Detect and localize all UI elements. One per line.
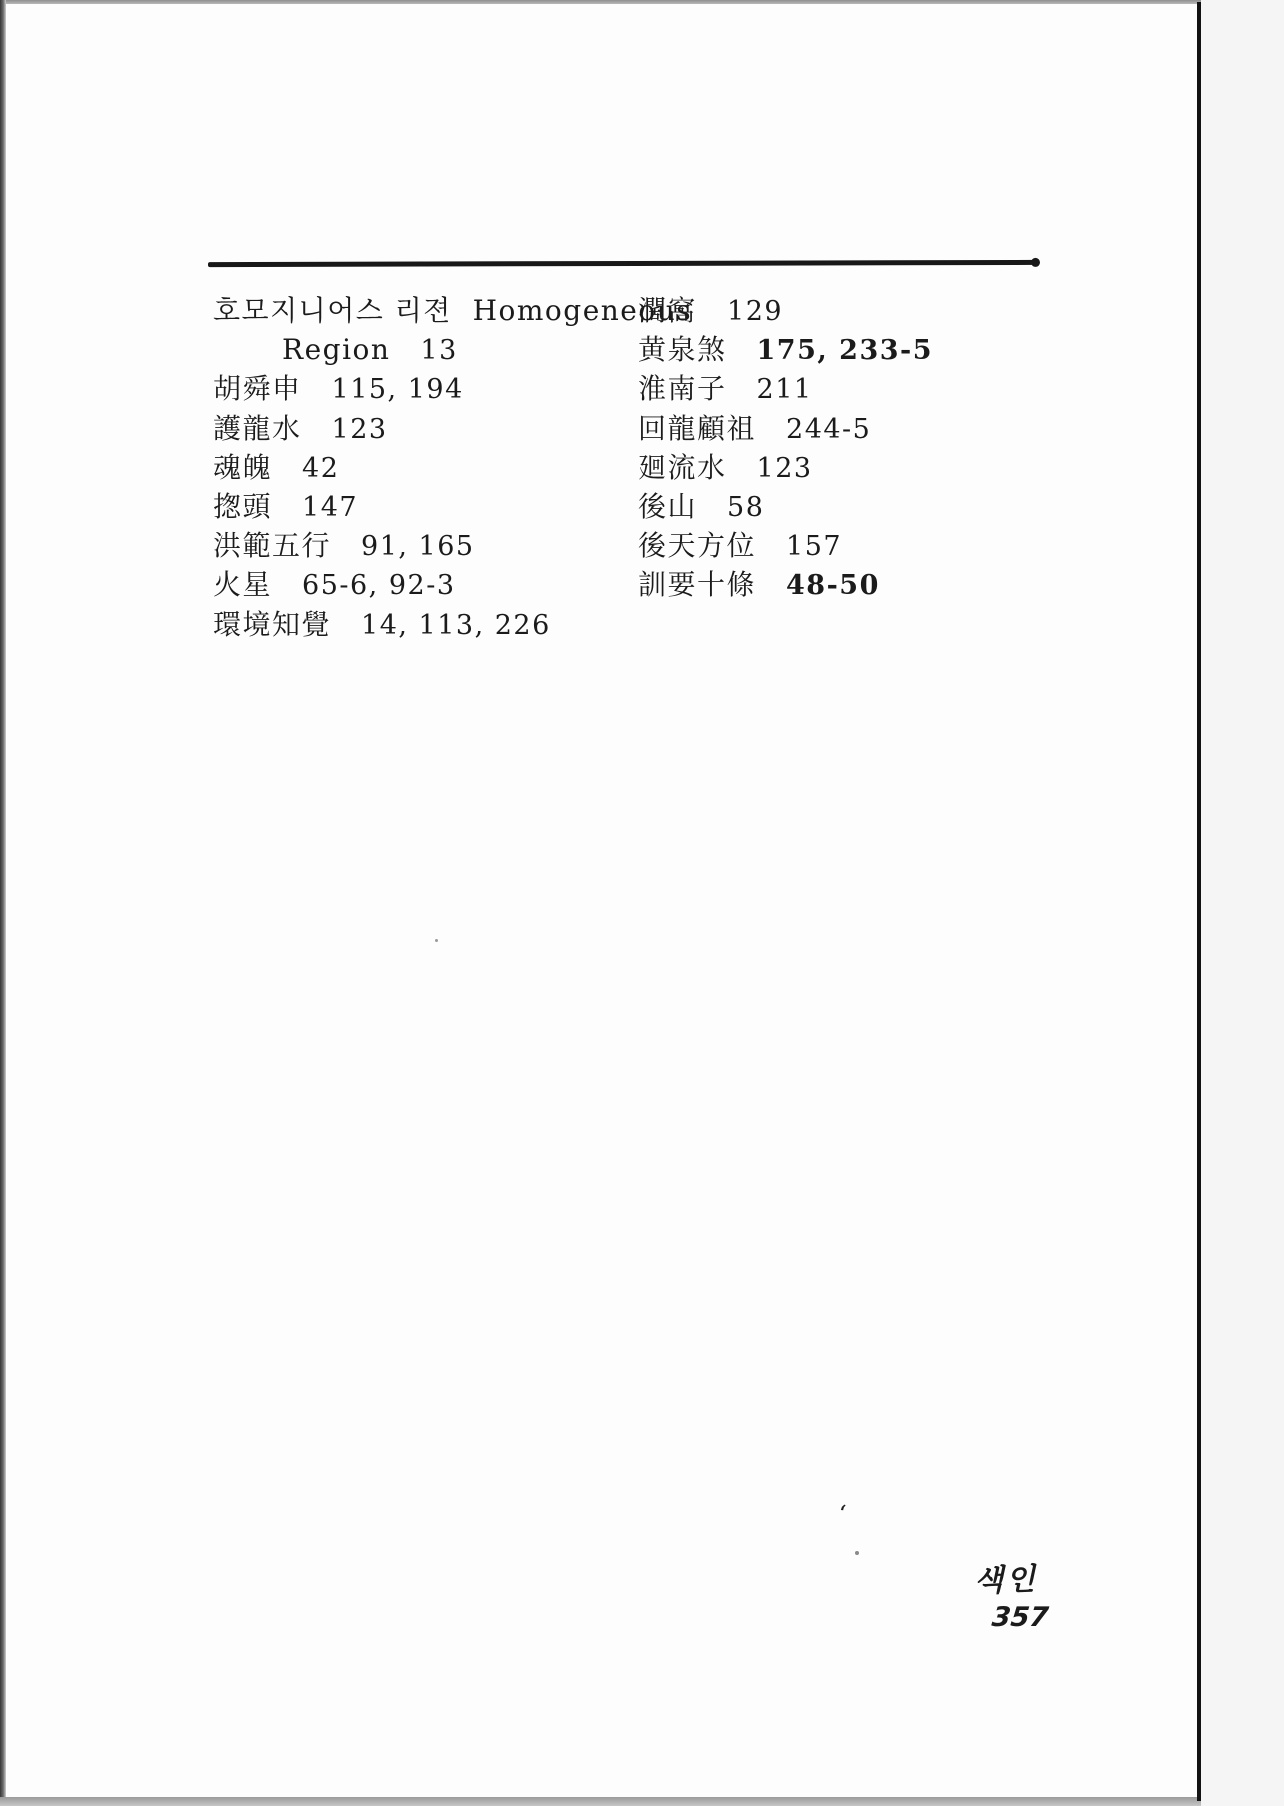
- entry-term: 揔頭: [213, 487, 272, 526]
- entry-locator: 123: [332, 410, 388, 449]
- index-entry: 濶窩 129: [638, 291, 1078, 330]
- entry-term: 後山: [638, 487, 697, 526]
- scan-edge-left: [0, 0, 6, 1806]
- entry-term: 訓要十條: [638, 565, 756, 604]
- scan-edge-top: [0, 0, 1203, 4]
- entry-locator: 115, 194: [332, 370, 464, 409]
- footer-section-label: 색인: [973, 1554, 1038, 1600]
- index-entry: 淮南子 211: [638, 369, 1078, 408]
- index-column-right: 濶窩 129 黄泉煞 175, 233-5 淮南子 211 回龍顧祖 244-5…: [638, 291, 1078, 605]
- page-number: 357: [991, 1602, 1051, 1633]
- entry-term: 淮南子: [638, 369, 727, 408]
- entry-term: 廻流水: [638, 448, 727, 487]
- entry-term: 環境知覺: [213, 605, 331, 644]
- index-entry: 回龍顧祖 244-5: [638, 409, 1078, 448]
- index-entry: 後山 58: [638, 487, 1078, 526]
- scan-speck-dot: [435, 939, 438, 942]
- entry-term: 濶窩: [638, 291, 697, 330]
- entry-locator: 175, 233-5: [757, 331, 934, 370]
- index-entry: 호모지니어스 리젼 Homogeneous: [213, 291, 653, 330]
- entry-locator: 91, 165: [361, 527, 475, 566]
- entry-locator: 14, 113, 226: [361, 606, 551, 645]
- entry-locator: 244-5: [786, 410, 871, 449]
- entry-locator: 157: [786, 527, 842, 566]
- index-entry: 護龍水 123: [213, 409, 653, 448]
- entry-term: 火星: [213, 565, 272, 604]
- entry-term: 洪範五行: [213, 526, 331, 565]
- header-rule: [208, 260, 1038, 267]
- entry-locator: 13: [420, 331, 457, 370]
- entry-locator: 129: [727, 292, 783, 331]
- entry-term: 黄泉煞: [638, 330, 727, 369]
- scan-edge-bottom: [0, 1797, 1208, 1806]
- entry-locator: 65-6, 92-3: [302, 566, 455, 605]
- index-entry: 環境知覺 14, 113, 226: [213, 605, 653, 644]
- entry-term: Region: [282, 330, 390, 369]
- entry-locator: 211: [757, 370, 813, 409]
- index-entry: 後天方位 157: [638, 526, 1078, 565]
- index-entry: 揔頭 147: [213, 487, 653, 526]
- entry-term: 胡舜申: [213, 369, 302, 408]
- entry-term: 호모지니어스 리젼 Homogeneous: [213, 291, 692, 330]
- entry-term: 後天方位: [638, 526, 756, 565]
- index-entry: 火星 65-6, 92-3: [213, 565, 653, 604]
- entry-locator: 42: [302, 449, 339, 488]
- scanned-page: 호모지니어스 리젼 Homogeneous Region 13 胡舜申 115,…: [0, 0, 1284, 1806]
- index-entry: 黄泉煞 175, 233-5: [638, 330, 1078, 369]
- index-entry: 魂魄 42: [213, 448, 653, 487]
- entry-locator: 58: [727, 488, 764, 527]
- page-footer: 색인 357: [936, 1520, 1049, 1669]
- index-entry: 廻流水 123: [638, 448, 1078, 487]
- outside-page-area: [1201, 0, 1284, 1806]
- entry-term: 回龍顧祖: [638, 409, 756, 448]
- scan-speck-dot: [855, 1551, 859, 1555]
- index-entry-continuation: Region 13: [213, 330, 653, 369]
- entry-locator: 147: [302, 488, 358, 527]
- entry-term: 魂魄: [213, 448, 272, 487]
- entry-locator: 48-50: [786, 566, 880, 605]
- scan-speck-mark: ‘: [836, 1500, 847, 1529]
- index-entry: 訓要十條 48-50: [638, 565, 1078, 604]
- index-entry: 洪範五行 91, 165: [213, 526, 653, 565]
- entry-term: 護龍水: [213, 409, 302, 448]
- index-entry: 胡舜申 115, 194: [213, 369, 653, 408]
- entry-locator: 123: [757, 449, 813, 488]
- index-column-left: 호모지니어스 리젼 Homogeneous Region 13 胡舜申 115,…: [213, 291, 653, 644]
